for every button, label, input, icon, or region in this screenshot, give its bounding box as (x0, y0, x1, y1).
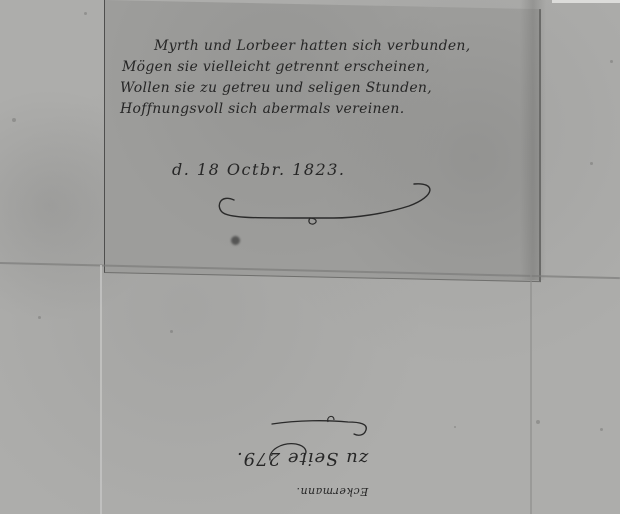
vertical-fold-line-right (530, 270, 532, 514)
annotation-page-reference: zu Seite 279. (236, 448, 368, 469)
foxing-spot (610, 60, 613, 63)
page-edge (552, 0, 620, 3)
ink-blot (231, 236, 240, 245)
foxing-spot (170, 330, 173, 333)
verse-line: Mögen sie vielleicht getrennt erscheinen… (118, 57, 538, 78)
foxing-spot (454, 426, 456, 428)
annotation-flourish-icon (268, 410, 378, 442)
foxing-spot (536, 420, 540, 424)
signature-flourish-icon (214, 180, 444, 240)
foxing-spot (590, 162, 593, 165)
verse-line: Myrth und Lorbeer hatten sich verbunden, (118, 36, 538, 57)
annotation-author: Eckermann. (296, 485, 368, 498)
foxing-spot (12, 118, 16, 122)
foxing-spot (600, 428, 603, 431)
foxing-spot (38, 316, 41, 319)
verse-date: d. 18 Octbr. 1823. (172, 160, 345, 179)
verse-line: Hoffnungsvoll sich abermals vereinen. (118, 99, 538, 120)
foxing-spot (84, 12, 87, 15)
verse-line: Wollen sie zu getreu und seligen Stunden… (118, 78, 538, 99)
handwritten-verse: Myrth und Lorbeer hatten sich verbunden,… (118, 36, 538, 120)
vertical-fold-line-left (100, 265, 102, 514)
